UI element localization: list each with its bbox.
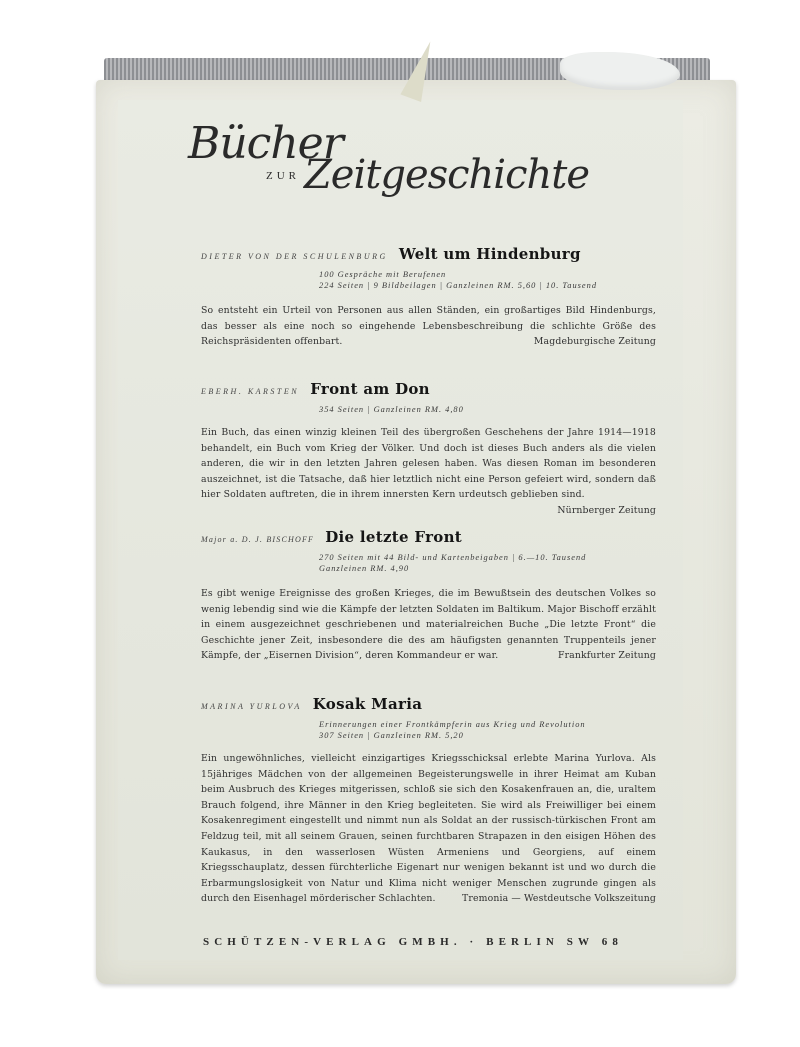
book-detail-line: 270 Seiten mit 44 Bild- und Kartenbeigab…	[319, 552, 656, 563]
book-details: Erinnerungen einer Frontkämpferin aus Kr…	[319, 719, 656, 741]
book-title: Die letzte Front	[325, 528, 462, 546]
book-entry: MARINA YURLOVA Kosak Maria Erinnerungen …	[201, 694, 656, 907]
publisher-imprint: SCHÜTZEN-VERLAG GMBH. · BERLIN SW 68	[203, 936, 623, 948]
heading-connector: ZUR	[266, 170, 300, 182]
book-author: Major a. D. J. BISCHOFF	[201, 535, 314, 544]
book-title: Front am Don	[310, 380, 430, 398]
book-detail-line: 354 Seiten | Ganzleinen RM. 4,80	[319, 404, 656, 415]
review-source: Magdeburgische Zeitung	[534, 334, 656, 350]
book-review: Es gibt wenige Ereignisse des großen Kri…	[201, 586, 656, 664]
book-title: Kosak Maria	[313, 695, 422, 713]
book-entry: EBERH. KARSTEN Front am Don 354 Seiten |…	[201, 379, 656, 519]
book-detail-line: Ganzleinen RM. 4,90	[319, 563, 656, 574]
heading-word-zeitgeschichte: Zeitgeschichte	[304, 152, 589, 198]
book-header: MARINA YURLOVA Kosak Maria	[201, 694, 656, 713]
book-author: MARINA YURLOVA	[201, 702, 302, 711]
book-header: Major a. D. J. BISCHOFF Die letzte Front	[201, 527, 656, 546]
review-source: Tremonia — Westdeutsche Volkszeitung	[462, 891, 656, 907]
book-details: 270 Seiten mit 44 Bild- und Kartenbeigab…	[319, 552, 656, 574]
book-author: EBERH. KARSTEN	[201, 387, 299, 396]
book-detail-line: 224 Seiten | 9 Bildbeilagen | Ganzleinen…	[319, 280, 656, 291]
cover-content: Bücher ZUR Zeitgeschichte DIETER VON DER…	[0, 0, 800, 1047]
book-title: Welt um Hindenburg	[399, 245, 581, 263]
book-header: EBERH. KARSTEN Front am Don	[201, 379, 656, 398]
book-details: 100 Gespräche mit Berufenen 224 Seiten |…	[319, 269, 656, 291]
book-review: So entsteht ein Urteil von Personen aus …	[201, 303, 656, 350]
review-source: Nürnberger Zeitung	[557, 503, 656, 519]
book-detail-line: 100 Gespräche mit Berufenen	[319, 269, 656, 280]
review-text: Ein Buch, das einen winzig kleinen Teil …	[201, 427, 656, 500]
book-review: Ein Buch, das einen winzig kleinen Teil …	[201, 425, 656, 503]
book-header: DIETER VON DER SCHULENBURG Welt um Hinde…	[201, 244, 656, 263]
book-details: 354 Seiten | Ganzleinen RM. 4,80	[319, 404, 656, 415]
book-entry: Major a. D. J. BISCHOFF Die letzte Front…	[201, 527, 656, 664]
book-review: Ein ungewöhnliches, vielleicht einzigart…	[201, 751, 656, 907]
book-entry: DIETER VON DER SCHULENBURG Welt um Hinde…	[201, 244, 656, 350]
book-author: DIETER VON DER SCHULENBURG	[201, 252, 388, 261]
review-text: Ein ungewöhnliches, vielleicht einzigart…	[201, 753, 656, 904]
book-detail-line: Erinnerungen einer Frontkämpferin aus Kr…	[319, 719, 656, 730]
review-source: Frankfurter Zeitung	[558, 648, 656, 664]
book-detail-line: 307 Seiten | Ganzleinen RM. 5,20	[319, 730, 656, 741]
